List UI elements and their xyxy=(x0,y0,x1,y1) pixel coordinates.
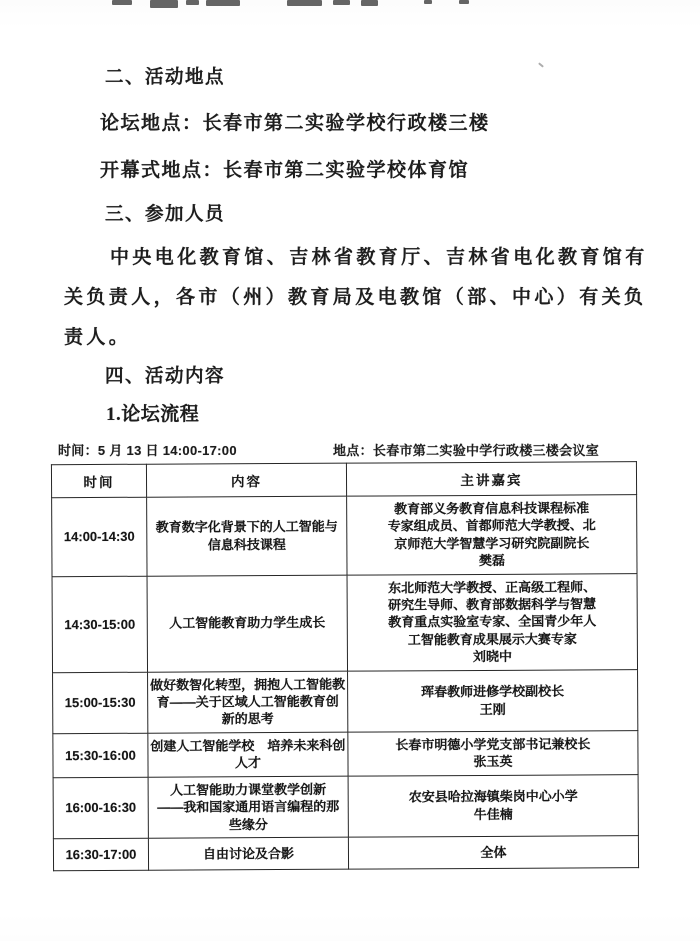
schedule-time-label: 时间：5 月 13 日 14:00-17:00 xyxy=(58,440,273,459)
table-header-row: 时间 内容 主讲嘉宾 xyxy=(51,462,636,498)
schedule-location-label: 地点：长春市第二实验中学行政楼三楼会议室 xyxy=(333,440,599,459)
schedule-row: 15:00-15:30 做好数智化转型，拥抱人工智能教 育——关于区域人工智能教… xyxy=(53,669,638,733)
row-time: 15:00-15:30 xyxy=(53,672,148,734)
header-content: 内容 xyxy=(146,463,346,497)
row-content: 人工智能教育助力学生成长 xyxy=(147,575,348,672)
forum-flow-subheading: 1.论坛流程 xyxy=(0,402,700,428)
row-speaker: 教育部义务教育信息科技课程标准 专家组成员、首都师范大学教授、北 京师范大学智慧… xyxy=(347,495,637,575)
section-heading-location: 二、活动地点 xyxy=(0,0,700,90)
row-time: 16:00-16:30 xyxy=(53,777,148,839)
row-speaker: 农安县哈拉海镇柴岗中心小学 牛佳楠 xyxy=(348,774,638,837)
schedule-row: 14:30-15:00 人工智能教育助力学生成长 东北师范大学教授、正高级工程师… xyxy=(52,573,637,672)
opening-ceremony-location-line: 开幕式地点：长春市第二实验学校体育馆 xyxy=(0,158,700,184)
document-body: 二、活动地点 论坛地点：长春市第二实验学校行政楼三楼 开幕式地点：长春市第二实验… xyxy=(0,0,700,871)
header-speaker: 主讲嘉宾 xyxy=(346,462,636,497)
row-content: 教育数字化背景下的人工智能与 信息科技课程 xyxy=(147,496,347,576)
row-time: 14:00-14:30 xyxy=(52,497,147,576)
row-time: 15:30-16:00 xyxy=(53,733,148,777)
row-time: 16:30-17:00 xyxy=(53,838,148,870)
row-time: 14:30-15:00 xyxy=(52,576,148,673)
row-speaker: 东北师范大学教授、正高级工程师、 研究生导师、教育部数据科学与智慧 教育重点实验… xyxy=(347,573,637,671)
section-heading-content: 四、活动内容 xyxy=(0,365,700,389)
scanned-document-page: 二、活动地点 论坛地点：长春市第二实验学校行政楼三楼 开幕式地点：长春市第二实验… xyxy=(0,0,700,941)
row-content: 自由讨论及合影 xyxy=(148,837,348,870)
schedule-table: 时间 内容 主讲嘉宾 14:00-14:30 教育数字化背景下的人工智能与 信息… xyxy=(51,461,639,871)
header-time: 时间 xyxy=(51,464,146,497)
schedule-row: 16:30-17:00 自由讨论及合影 全体 xyxy=(53,836,638,871)
row-speaker: 长春市明德小学党支部书记兼校长 张玉英 xyxy=(348,731,638,776)
schedule-caption: 时间：5 月 13 日 14:00-17:00 地点：长春市第二实验中学行政楼三… xyxy=(58,440,700,459)
row-content: 人工智能助力课堂教学创新 ——我和国家通用语言编程的那 些缘分 xyxy=(148,776,348,838)
schedule-table-wrapper: 时间 内容 主讲嘉宾 14:00-14:30 教育数字化背景下的人工智能与 信息… xyxy=(51,461,700,871)
row-speaker: 全体 xyxy=(348,836,638,870)
schedule-row: 16:00-16:30 人工智能助力课堂教学创新 ——我和国家通用语言编程的那 … xyxy=(53,774,638,838)
row-content: 做好数智化转型，拥抱人工智能教 育——关于区域人工智能教育创 新的思考 xyxy=(148,671,348,733)
participants-paragraph: 中央电化教育馆、吉林省教育厅、吉林省电化教育馆有 关负责人，各市（州）教育局及电… xyxy=(64,238,664,358)
section-heading-participants: 三、参加人员 xyxy=(0,203,700,227)
forum-location-line: 论坛地点：长春市第二实验学校行政楼三楼 xyxy=(0,111,700,137)
schedule-row: 14:00-14:30 教育数字化背景下的人工智能与 信息科技课程 教育部义务教… xyxy=(52,495,637,577)
row-content: 创建人工智能学校 培养未来科创 人才 xyxy=(148,732,348,777)
schedule-row: 15:30-16:00 创建人工智能学校 培养未来科创 人才 长春市明德小学党支… xyxy=(53,731,638,778)
row-speaker: 珲春教师进修学校副校长 王刚 xyxy=(348,669,638,732)
